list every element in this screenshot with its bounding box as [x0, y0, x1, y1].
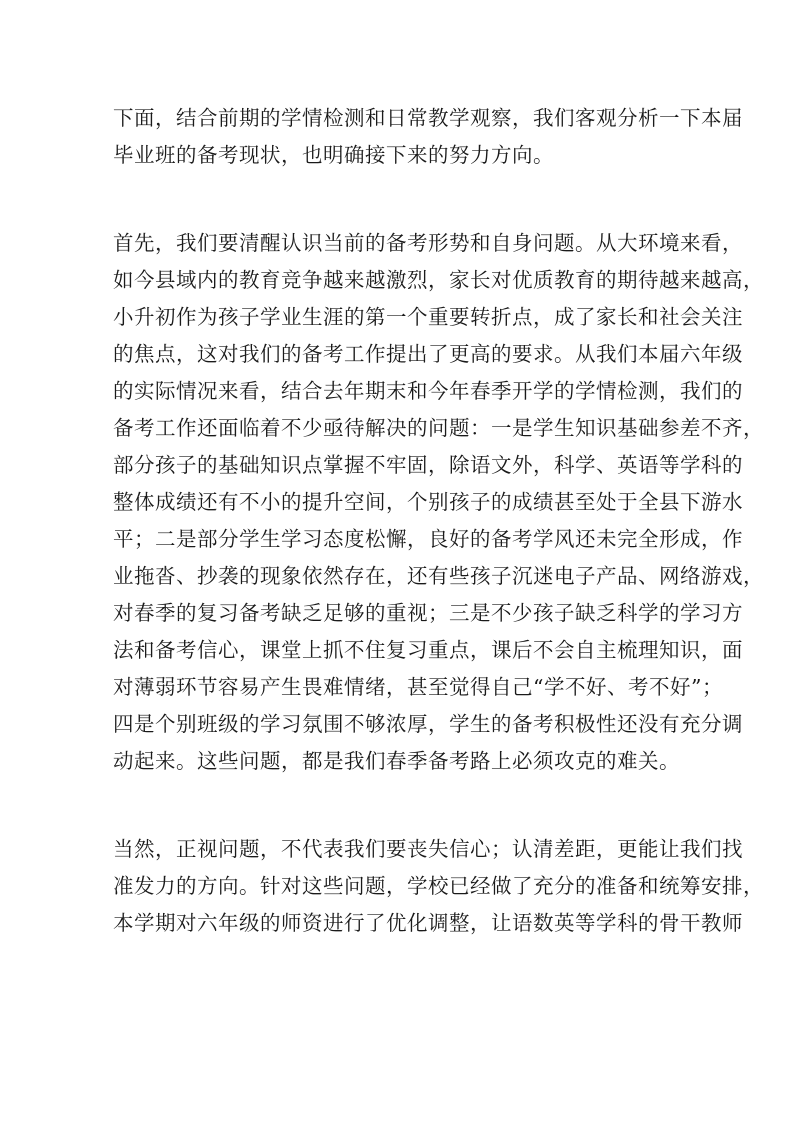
text-line: 如今县域内的教育竞争越来越激烈，家长对优质教育的期待越来越高，	[113, 262, 681, 299]
text-line: 的实际情况来看，结合去年期末和今年春季开学的学情检测，我们的	[113, 373, 681, 410]
text-line: 平；二是部分学生学习态度松懈，良好的备考学风还未完全形成，作	[113, 521, 681, 558]
paragraph-response: 当然，正视问题，不代表我们要丧失信心；认清差距，更能让我们找 准发力的方向。针对…	[113, 831, 681, 942]
text-line: 对春季的复习备考缺乏足够的重视；三是不少孩子缺乏科学的学习方	[113, 595, 681, 632]
text-line: 整体成绩还有不小的提升空间，个别孩子的成绩甚至处于全县下游水	[113, 484, 681, 521]
text-line: 四是个别班级的学习氛围不够浓厚，学生的备考积极性还没有充分调	[113, 706, 681, 743]
text-line: 首先，我们要清醒认识当前的备考形势和自身问题。从大环境来看，	[113, 225, 681, 262]
paragraph-spacer	[113, 780, 681, 831]
text-line: 毕业班的备考现状，也明确接下来的努力方向。	[113, 137, 681, 174]
text-line: 法和备考信心，课堂上抓不住复习重点，课后不会自主梳理知识，面	[113, 632, 681, 669]
text-line: 准发力的方向。针对这些问题，学校已经做了充分的准备和统筹安排，	[113, 868, 681, 905]
text-line: 动起来。这些问题，都是我们春季备考路上必须攻克的难关。	[113, 743, 681, 780]
text-line: 当然，正视问题，不代表我们要丧失信心；认清差距，更能让我们找	[113, 831, 681, 868]
paragraph-spacer	[113, 174, 681, 225]
text-line: 业拖沓、抄袭的现象依然存在，还有些孩子沉迷电子产品、网络游戏，	[113, 558, 681, 595]
paragraph-intro: 下面，结合前期的学情检测和日常教学观察，我们客观分析一下本届 毕业班的备考现状，…	[113, 100, 681, 174]
text-line: 对薄弱环节容易产生畏难情绪，甚至觉得自己“学不好、考不好”；	[113, 669, 681, 706]
paragraph-problems: 首先，我们要清醒认识当前的备考形势和自身问题。从大环境来看， 如今县域内的教育竞…	[113, 225, 681, 780]
text-line: 的焦点，这对我们的备考工作提出了更高的要求。从我们本届六年级	[113, 336, 681, 373]
text-line: 小升初作为孩子学业生涯的第一个重要转折点，成了家长和社会关注	[113, 299, 681, 336]
text-line: 部分孩子的基础知识点掌握不牢固，除语文外，科学、英语等学科的	[113, 447, 681, 484]
text-line: 备考工作还面临着不少亟待解决的问题：一是学生知识基础参差不齐，	[113, 410, 681, 447]
text-line: 下面，结合前期的学情检测和日常教学观察，我们客观分析一下本届	[113, 100, 681, 137]
text-line: 本学期对六年级的师资进行了优化调整，让语数英等学科的骨干教师	[113, 905, 681, 942]
document-page: 下面，结合前期的学情检测和日常教学观察，我们客观分析一下本届 毕业班的备考现状，…	[0, 0, 793, 1122]
document-body: 下面，结合前期的学情检测和日常教学观察，我们客观分析一下本届 毕业班的备考现状，…	[113, 100, 681, 942]
